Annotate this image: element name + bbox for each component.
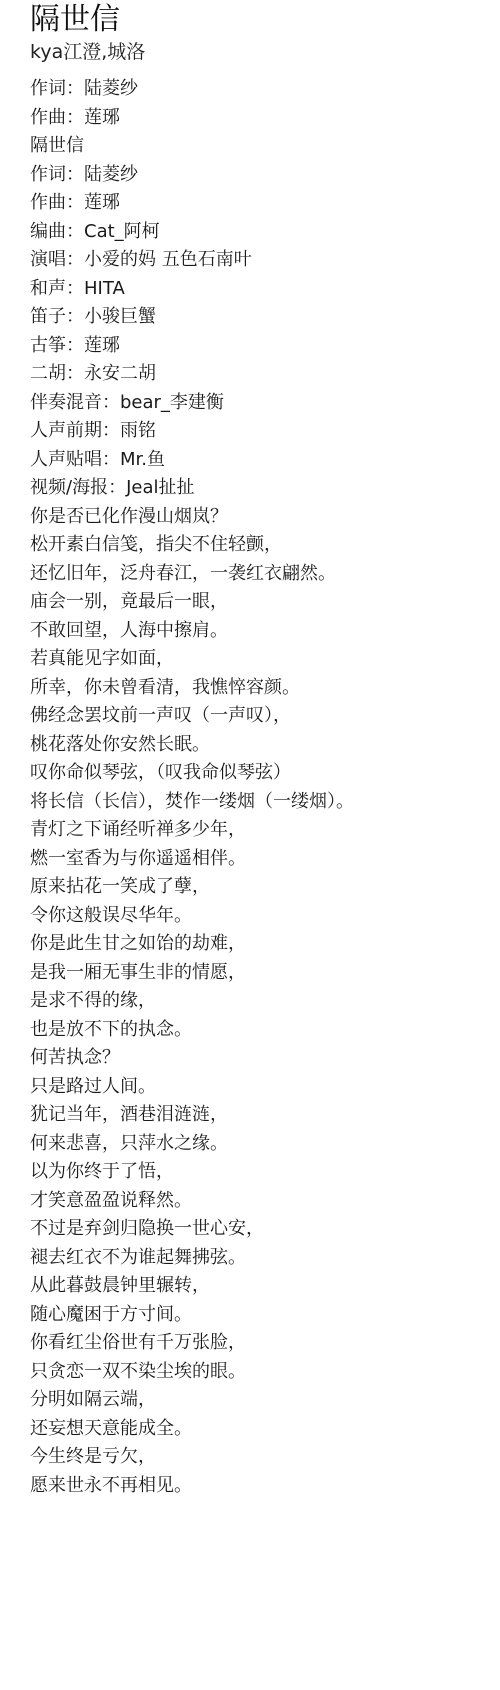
lyric-line: 佛经念罢坟前一声叹（一声叹）， <box>30 702 500 731</box>
lyric-line: 也是放不下的执念。 <box>30 1016 500 1045</box>
lyric-line: 是我一厢无事生非的情愿， <box>30 959 500 988</box>
lyric-line: 愿来世永不再相见。 <box>30 1472 500 1501</box>
lyric-line: 何苦执念？ <box>30 1044 500 1073</box>
lyric-line: 令你这般误尽华年。 <box>30 902 500 931</box>
lyric-line: 还妄想天意能成全。 <box>30 1415 500 1444</box>
song-artist: kya江澄,城洛 <box>30 39 500 65</box>
lyric-line: 人声贴唱：Mr.鱼 <box>30 446 500 475</box>
lyric-line: 和声：HITA <box>30 275 500 304</box>
lyric-line: 还忆旧年，泛舟春江，一袭红衣翩然。 <box>30 560 500 589</box>
lyric-line: 演唱：小爱的妈 五色石南叶 <box>30 246 500 275</box>
lyric-line: 庙会一别，竟最后一眼， <box>30 588 500 617</box>
lyric-line: 所幸，你未曾看清，我憔悴容颜。 <box>30 674 500 703</box>
lyric-line: 松开素白信笺，指尖不住轻颤， <box>30 531 500 560</box>
lyric-line: 隔世信 <box>30 132 500 161</box>
lyric-line: 燃一室香为与你遥遥相伴。 <box>30 845 500 874</box>
lyric-line: 伴奏混音：bear_李建衡 <box>30 389 500 418</box>
lyric-line: 不过是弃剑归隐换一世心安， <box>30 1215 500 1244</box>
lyrics-page: 隔世信 kya江澄,城洛 作词：陆菱纱作曲：莲琊隔世信作词：陆菱纱作曲：莲琊编曲… <box>0 0 500 1500</box>
lyric-line: 视频/海报：Jeal扯扯 <box>30 474 500 503</box>
lyric-line: 桃花落处你安然长眠。 <box>30 731 500 760</box>
lyric-line: 才笑意盈盈说释然。 <box>30 1187 500 1216</box>
lyric-line: 只是路过人间。 <box>30 1073 500 1102</box>
lyric-line: 分明如隔云端， <box>30 1386 500 1415</box>
lyric-line: 你看红尘俗世有千万张脸， <box>30 1329 500 1358</box>
lyric-line: 以为你终于了悟， <box>30 1158 500 1187</box>
lyric-line: 青灯之下诵经听禅多少年， <box>30 816 500 845</box>
lyric-line: 笛子：小骏巨蟹 <box>30 303 500 332</box>
lyric-line: 将长信（长信），焚作一缕烟（一缕烟）。 <box>30 788 500 817</box>
lyrics-list: 作词：陆菱纱作曲：莲琊隔世信作词：陆菱纱作曲：莲琊编曲：Cat_阿柯演唱：小爱的… <box>30 75 500 1500</box>
lyric-line: 今生终是亏欠， <box>30 1443 500 1472</box>
lyric-line: 作词：陆菱纱 <box>30 161 500 190</box>
lyric-line: 何来悲喜，只萍水之缘。 <box>30 1130 500 1159</box>
song-title: 隔世信 <box>30 0 500 39</box>
lyric-line: 犹记当年，酒巷泪涟涟， <box>30 1101 500 1130</box>
lyric-line: 随心魔困于方寸间。 <box>30 1301 500 1330</box>
lyric-line: 只贪恋一双不染尘埃的眼。 <box>30 1358 500 1387</box>
lyric-line: 若真能见字如面， <box>30 645 500 674</box>
lyric-line: 从此暮鼓晨钟里辗转， <box>30 1272 500 1301</box>
lyric-line: 你是否已化作漫山烟岚？ <box>30 503 500 532</box>
lyric-line: 叹你命似琴弦，（叹我命似琴弦） <box>30 759 500 788</box>
lyric-line: 褪去红衣不为谁起舞拂弦。 <box>30 1244 500 1273</box>
lyric-line: 是求不得的缘， <box>30 987 500 1016</box>
lyric-line: 作曲：莲琊 <box>30 189 500 218</box>
lyric-line: 古筝：莲琊 <box>30 332 500 361</box>
lyric-line: 二胡：永安二胡 <box>30 360 500 389</box>
lyric-line: 编曲：Cat_阿柯 <box>30 218 500 247</box>
lyric-line: 作曲：莲琊 <box>30 104 500 133</box>
lyric-line: 人声前期：雨铭 <box>30 417 500 446</box>
lyric-line: 你是此生甘之如饴的劫难， <box>30 930 500 959</box>
lyric-line: 不敢回望，人海中擦肩。 <box>30 617 500 646</box>
lyric-line: 作词：陆菱纱 <box>30 75 500 104</box>
lyric-line: 原来拈花一笑成了孽， <box>30 873 500 902</box>
